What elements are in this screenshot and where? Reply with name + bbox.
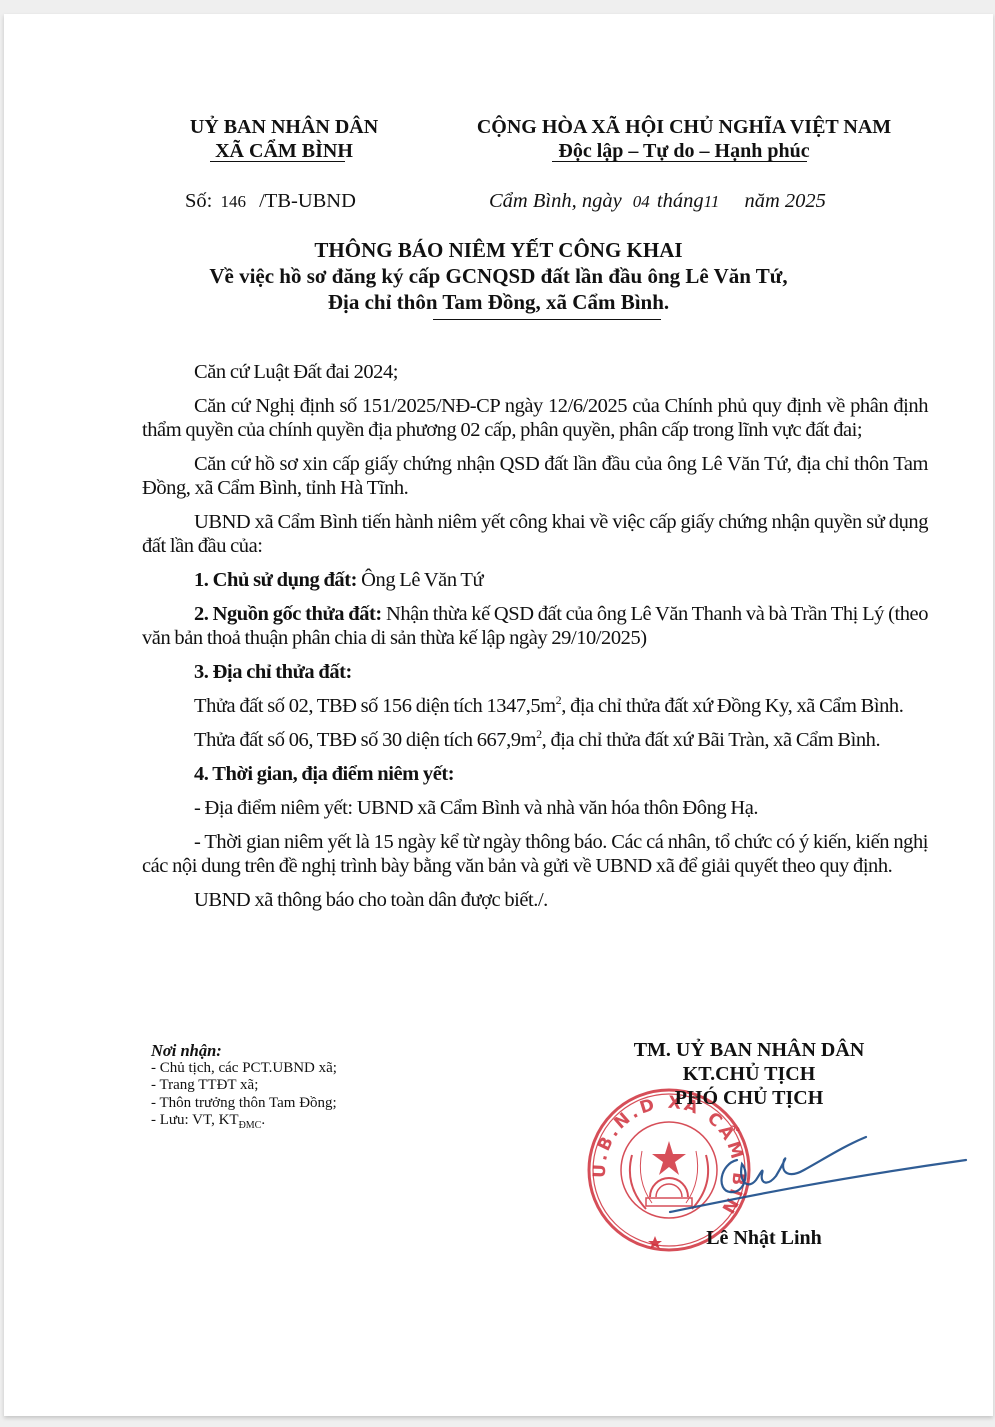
handwritten-signature-icon <box>4 14 993 1416</box>
document-page: UỶ BAN NHÂN DÂN XÃ CẨM BÌNH CỘNG HÒA XÃ … <box>4 14 993 1416</box>
signatory-name: Lê Nhật Linh <box>644 1226 884 1250</box>
